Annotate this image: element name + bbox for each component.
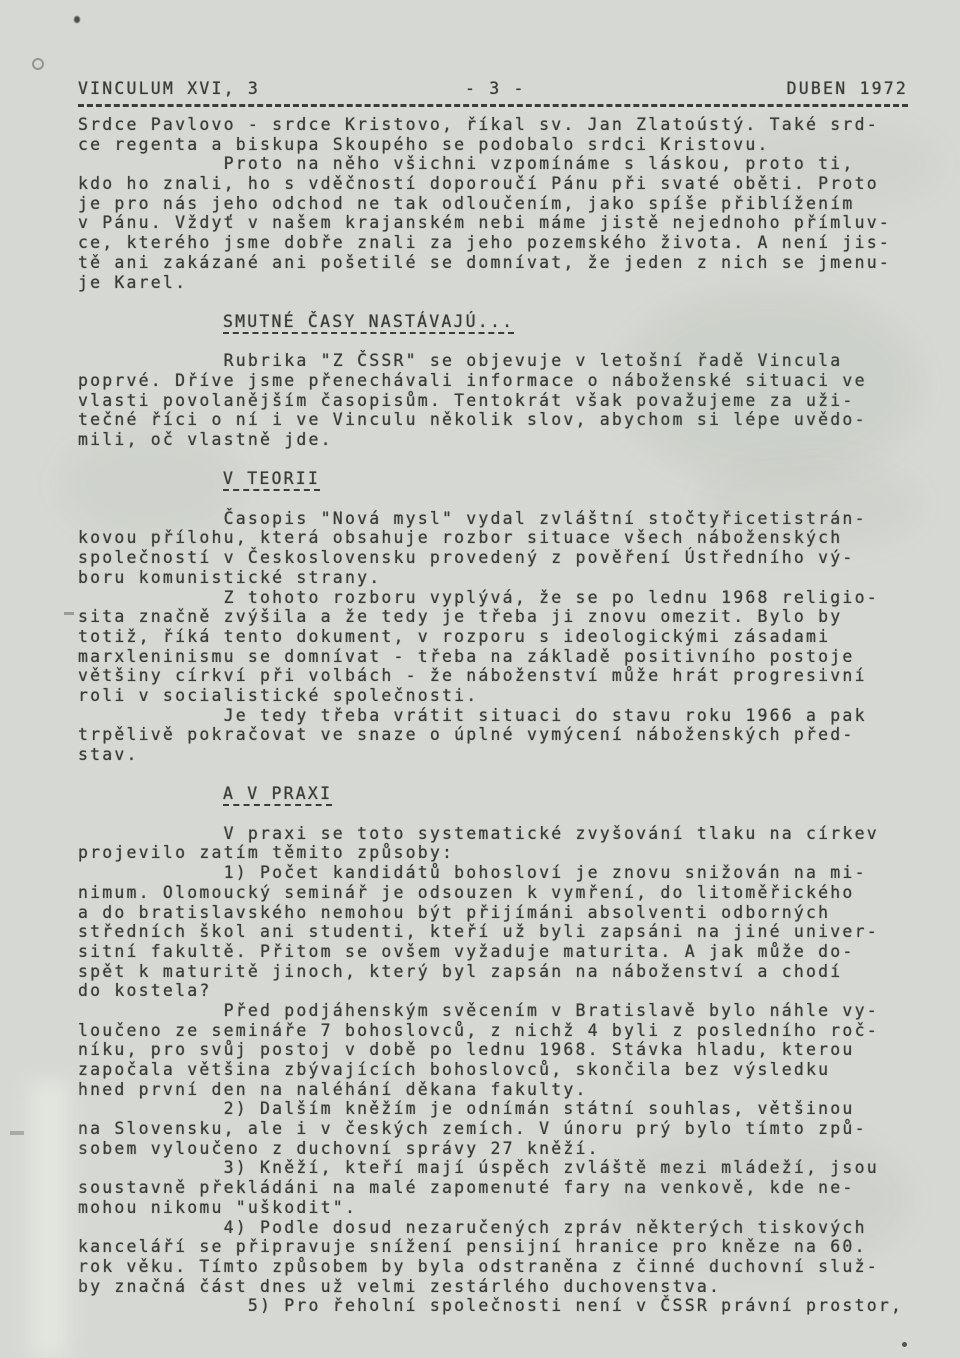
text-line: níku, pro svůj postoj v době po lednu 19… bbox=[78, 1040, 960, 1060]
text-line: na Slovensku, ale i v českých zemích. V … bbox=[78, 1119, 960, 1139]
paper-speck bbox=[64, 612, 74, 615]
text-line: boru komunistické strany. bbox=[78, 568, 960, 588]
text-line: Před podjáhenským svěcením v Bratislavě … bbox=[78, 1001, 960, 1021]
text-line: sitní fakultě. Přitom se ovšem vyžaduje … bbox=[78, 942, 960, 962]
section-heading: SMUTNÉ ČASY NASTÁVAJÚ... bbox=[78, 312, 960, 332]
text-line: projevilo zatím těmito způsoby: bbox=[78, 843, 960, 863]
text-line: V praxi se toto systematické zvyšování t… bbox=[78, 824, 960, 844]
text-line: Časopis "Nová mysl" vydal zvláštní stočt… bbox=[78, 509, 960, 529]
text-line: rok věku. Tímto způsobem by byla odstran… bbox=[78, 1257, 960, 1277]
text-line: je Karel. bbox=[78, 273, 960, 293]
document-body: Srdce Pavlovo - srdce Kristovo, říkal sv… bbox=[78, 115, 960, 1316]
text-line: je pro nás jeho odchod ne tak odloučením… bbox=[78, 194, 960, 214]
text-line: a do bratislavského nemohou být přijímán… bbox=[78, 903, 960, 923]
scanned-page: VINCULUM XVI, 3 - 3 - DUBEN 1972 Srdce P… bbox=[0, 0, 960, 1358]
text-line: kdo ho znali, ho s vděčností doporoučí P… bbox=[78, 174, 960, 194]
text-line: soustavně překládáni na malé zapomenuté … bbox=[78, 1178, 960, 1198]
blank-line bbox=[78, 332, 960, 352]
paper-edge-highlight bbox=[28, 1080, 70, 1358]
text-line: nimum. Olomoucký seminář je odsouzen k v… bbox=[78, 883, 960, 903]
blank-line bbox=[78, 804, 960, 824]
blank-line bbox=[78, 489, 960, 509]
text-line: v Pánu. Vždyť v našem krajanském nebi má… bbox=[78, 213, 960, 233]
text-line: loučeno ze semináře 7 bohoslovců, z nich… bbox=[78, 1021, 960, 1041]
text-line: 2) Dalším kněžím je odnímán státní souhl… bbox=[78, 1099, 960, 1119]
text-line: společností v Československu provedený z… bbox=[78, 548, 960, 568]
text-line: sita značně zvýšila a že tedy je třeba j… bbox=[78, 607, 960, 627]
text-line: tečné říci o ní i ve Vinculu několik slo… bbox=[78, 410, 960, 430]
text-line: 1) Počet kandidátů bohosloví je znovu sn… bbox=[78, 863, 960, 883]
text-line: poprvé. Dříve jsme přenechávali informac… bbox=[78, 371, 960, 391]
paper-speck bbox=[74, 16, 80, 23]
text-line: započala většina zbývajících bohoslovců,… bbox=[78, 1060, 960, 1080]
text-line: Z tohoto rozboru vyplývá, že se po lednu… bbox=[78, 588, 960, 608]
text-line: mohou nikomu "uškodit". bbox=[78, 1198, 960, 1218]
text-line: marxleninismu se domnívat - třeba na zák… bbox=[78, 647, 960, 667]
paper-speck bbox=[32, 58, 44, 70]
blank-line bbox=[78, 292, 960, 312]
text-line: ce, kterého jsme dobře znali za jeho poz… bbox=[78, 233, 960, 253]
page-number: - 3 - bbox=[465, 80, 526, 98]
paper-speck bbox=[902, 1342, 907, 1347]
text-line: 3) Kněží, kteří mají úspěch zvláště mezi… bbox=[78, 1158, 960, 1178]
text-line: 4) Podle dosud nezaručených zpráv někter… bbox=[78, 1218, 960, 1238]
text-line: kovou přílohu, která obsahuje rozbor sit… bbox=[78, 528, 960, 548]
text-line: ce regenta a biskupa Skoupého se podobal… bbox=[78, 135, 960, 155]
blank-line bbox=[78, 450, 960, 470]
document-header: VINCULUM XVI, 3 - 3 - DUBEN 1972 bbox=[78, 80, 908, 107]
text-line: vlasti povolanějším časopisům. Tentokrát… bbox=[78, 391, 960, 411]
text-line: Proto na něho všichni vzpomínáme s lásko… bbox=[78, 154, 960, 174]
text-line: většiny církví při volbách - že nábožens… bbox=[78, 666, 960, 686]
text-line: hned první den na naléhání děkana fakult… bbox=[78, 1080, 960, 1100]
text-line: kanceláří se připravuje snížení pensijní… bbox=[78, 1237, 960, 1257]
text-line: spět k maturitě jinoch, který byl zapsán… bbox=[78, 962, 960, 982]
issue-date: DUBEN 1972 bbox=[787, 80, 908, 98]
text-line: by značná část dnes už velmi zestárlého … bbox=[78, 1277, 960, 1297]
text-line: stav. bbox=[78, 745, 960, 765]
text-line: roli v socialistické společnosti. bbox=[78, 686, 960, 706]
blank-line bbox=[78, 765, 960, 785]
text-line: středních škol ani studenti, kteří už by… bbox=[78, 922, 960, 942]
text-line: 5) Pro řeholní společnosti není v ČSSR p… bbox=[78, 1296, 960, 1316]
text-line: trpělivě pokračovat ve snaze o úplné vym… bbox=[78, 725, 960, 745]
section-heading: A V PRAXI bbox=[78, 784, 960, 804]
section-heading: V TEORII bbox=[78, 469, 960, 489]
text-line: Srdce Pavlovo - srdce Kristovo, říkal sv… bbox=[78, 115, 960, 135]
journal-title: VINCULUM XVI, 3 bbox=[78, 80, 260, 98]
paper-speck bbox=[10, 1131, 24, 1135]
text-line: Rubrika "Z ČSSR" se objevuje v letošní ř… bbox=[78, 351, 960, 371]
text-line: do kostela? bbox=[78, 981, 960, 1001]
text-line: sobem vyloučeno z duchovní správy 27 kně… bbox=[78, 1139, 960, 1159]
text-line: mili, oč vlastně jde. bbox=[78, 430, 960, 450]
text-line: totiž, říká tento dokument, v rozporu s … bbox=[78, 627, 960, 647]
text-line: tě ani zakázané ani pošetilé se domnívat… bbox=[78, 253, 960, 273]
text-line: Je tedy třeba vrátit situaci do stavu ro… bbox=[78, 706, 960, 726]
